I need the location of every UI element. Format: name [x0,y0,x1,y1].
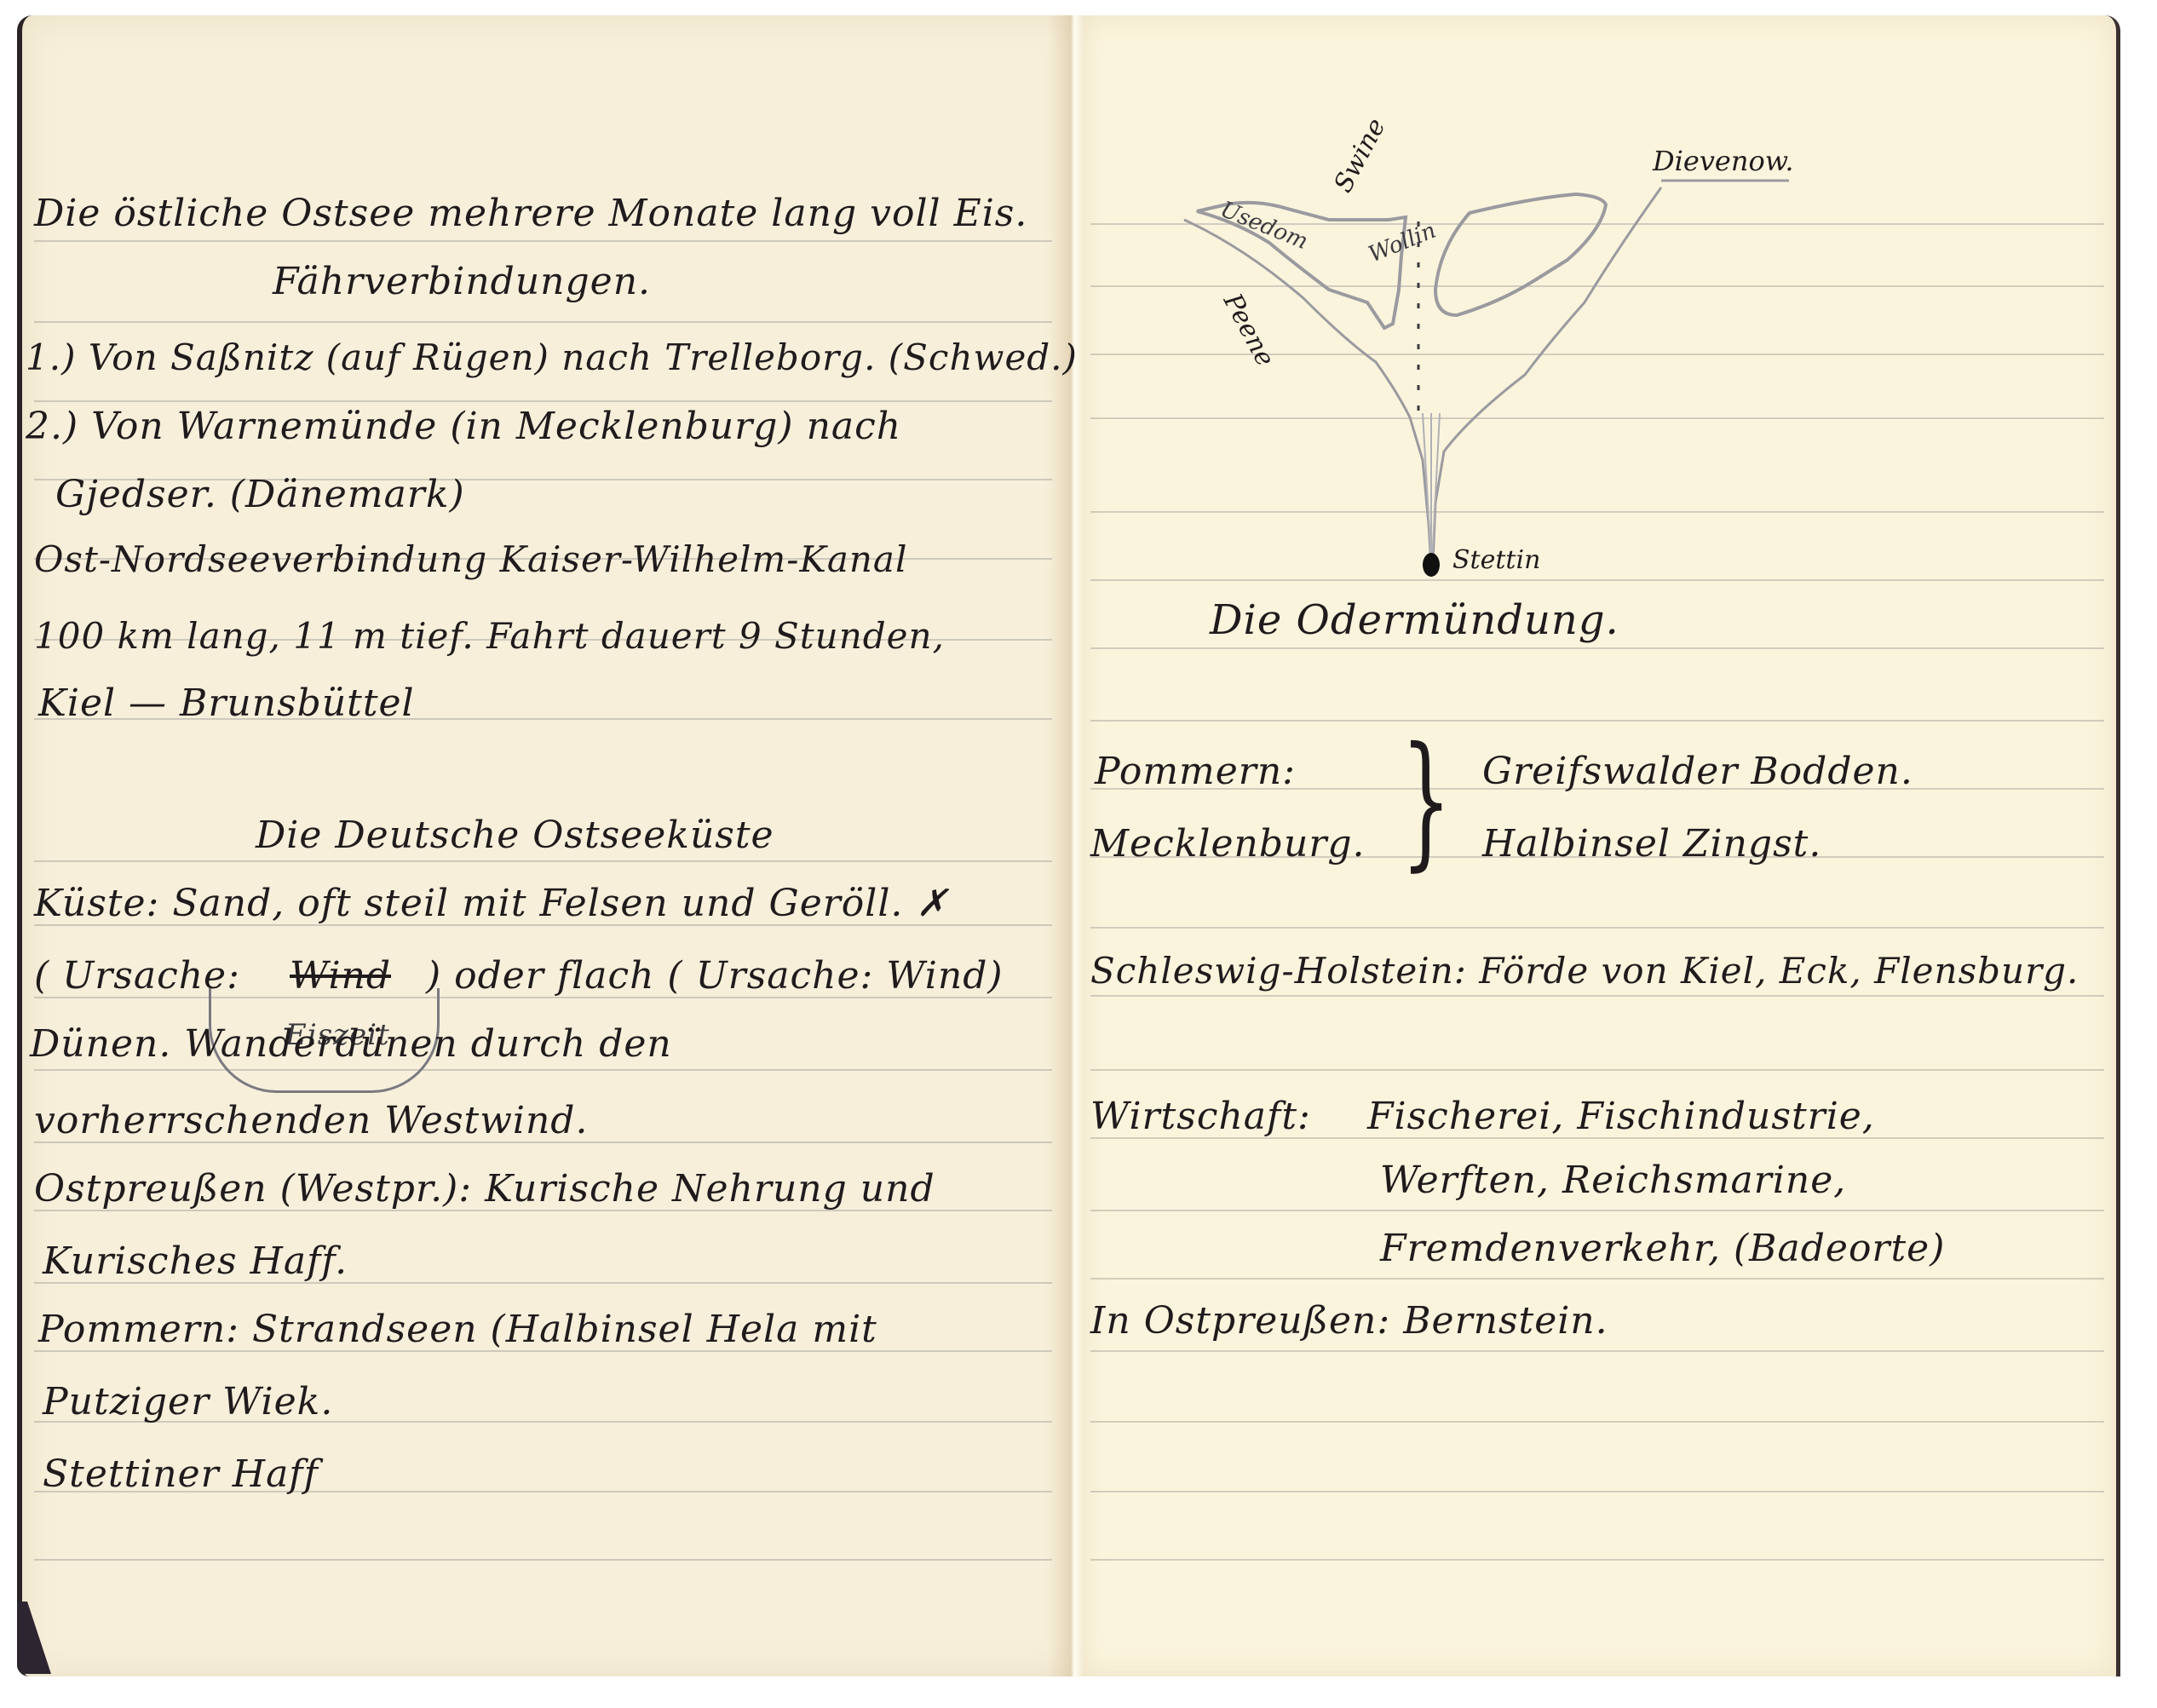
rule-line [34,240,1052,242]
text-line: vorherrschenden Westwind. [34,1099,588,1142]
text-line: 1.) Von Saßnitz (auf Rügen) nach Trelleb… [26,336,1078,378]
text-line: Gjedser. (Dänemark) [55,473,465,516]
rule-line [1090,1069,2104,1071]
rule-line [1090,1421,2104,1423]
text-line: Ost-Nordseeverbindung Kaiser-Wilhelm-Kan… [34,538,907,580]
map-label-dievenow: Dievenow. [1653,145,1793,177]
text-line: Halbinsel Zingst. [1482,822,1821,866]
curly-brace: } [1401,728,1451,873]
text-line: Putziger Wiek. [43,1380,333,1423]
text-line: Ostpreußen (Westpr.): Kurische Nehrung u… [34,1167,935,1211]
rule-line [1090,720,2104,722]
rule-line [1090,1491,2104,1492]
rule-line [1090,1210,2104,1211]
map-title: Die Odermündung. [1210,596,1619,644]
text-line: Pommern: Strandseen (Halbinsel Hela mit [38,1308,877,1351]
rule-line [34,400,1052,402]
section-heading-coast: Die Deutsche Ostseeküste [256,814,774,857]
text-line: Pommern: [1095,750,1296,793]
rule-line [34,860,1052,862]
text-line: Kiel — Brunsbüttel [38,681,415,725]
text-line: Fremdenverkehr, (Badeorte) [1380,1227,1945,1270]
text-line: Küste: Sand, oft steil mit Felsen und Ge… [34,882,948,925]
rule-line [1090,927,2104,929]
rule-line [1090,1559,2104,1561]
text-line: Mecklenburg. [1090,822,1366,866]
text-line: Die östliche Ostsee mehrere Monate lang … [34,192,1027,235]
rule-line [34,321,1052,323]
rule-line [1090,1278,2104,1280]
text-line: Schleswig-Holstein: Förde von Kiel, Eck,… [1090,950,2079,992]
text-line: Dünen. Wanderdünen durch den [30,1022,672,1066]
oder-mouth-sketch-map: Usedom Peene Swine Wollin Dievenow. Stet… [1176,119,1857,596]
text-line: ) oder flach ( Ursache: Wind) [426,954,1004,998]
text-line: Fischerei, Fischindustrie, [1367,1095,1875,1138]
text-line: Stettiner Haff [43,1452,319,1496]
text-line: Wirtschaft: [1090,1095,1311,1138]
rule-line [34,1559,1052,1561]
rule-line [1090,995,2104,997]
rule-line [1090,1350,2104,1352]
text-line: In Ostpreußen: Bernstein. [1090,1299,1608,1343]
rule-line [34,1069,1052,1071]
text-line: 100 km lang, 11 m tief. Fahrt dauert 9 S… [34,615,945,657]
text-line: 2.) Von Warnemünde (in Mecklenburg) nach [26,405,901,448]
text-line: Kurisches Haff. [43,1239,348,1283]
map-label-stettin: Stettin [1452,545,1540,575]
text-line: Werften, Reichsmarine, [1380,1159,1846,1202]
rule-line [1090,647,2104,649]
section-heading-ferries: Fährverbindungen. [273,260,651,303]
text-line: Greifswalder Bodden. [1482,750,1913,793]
